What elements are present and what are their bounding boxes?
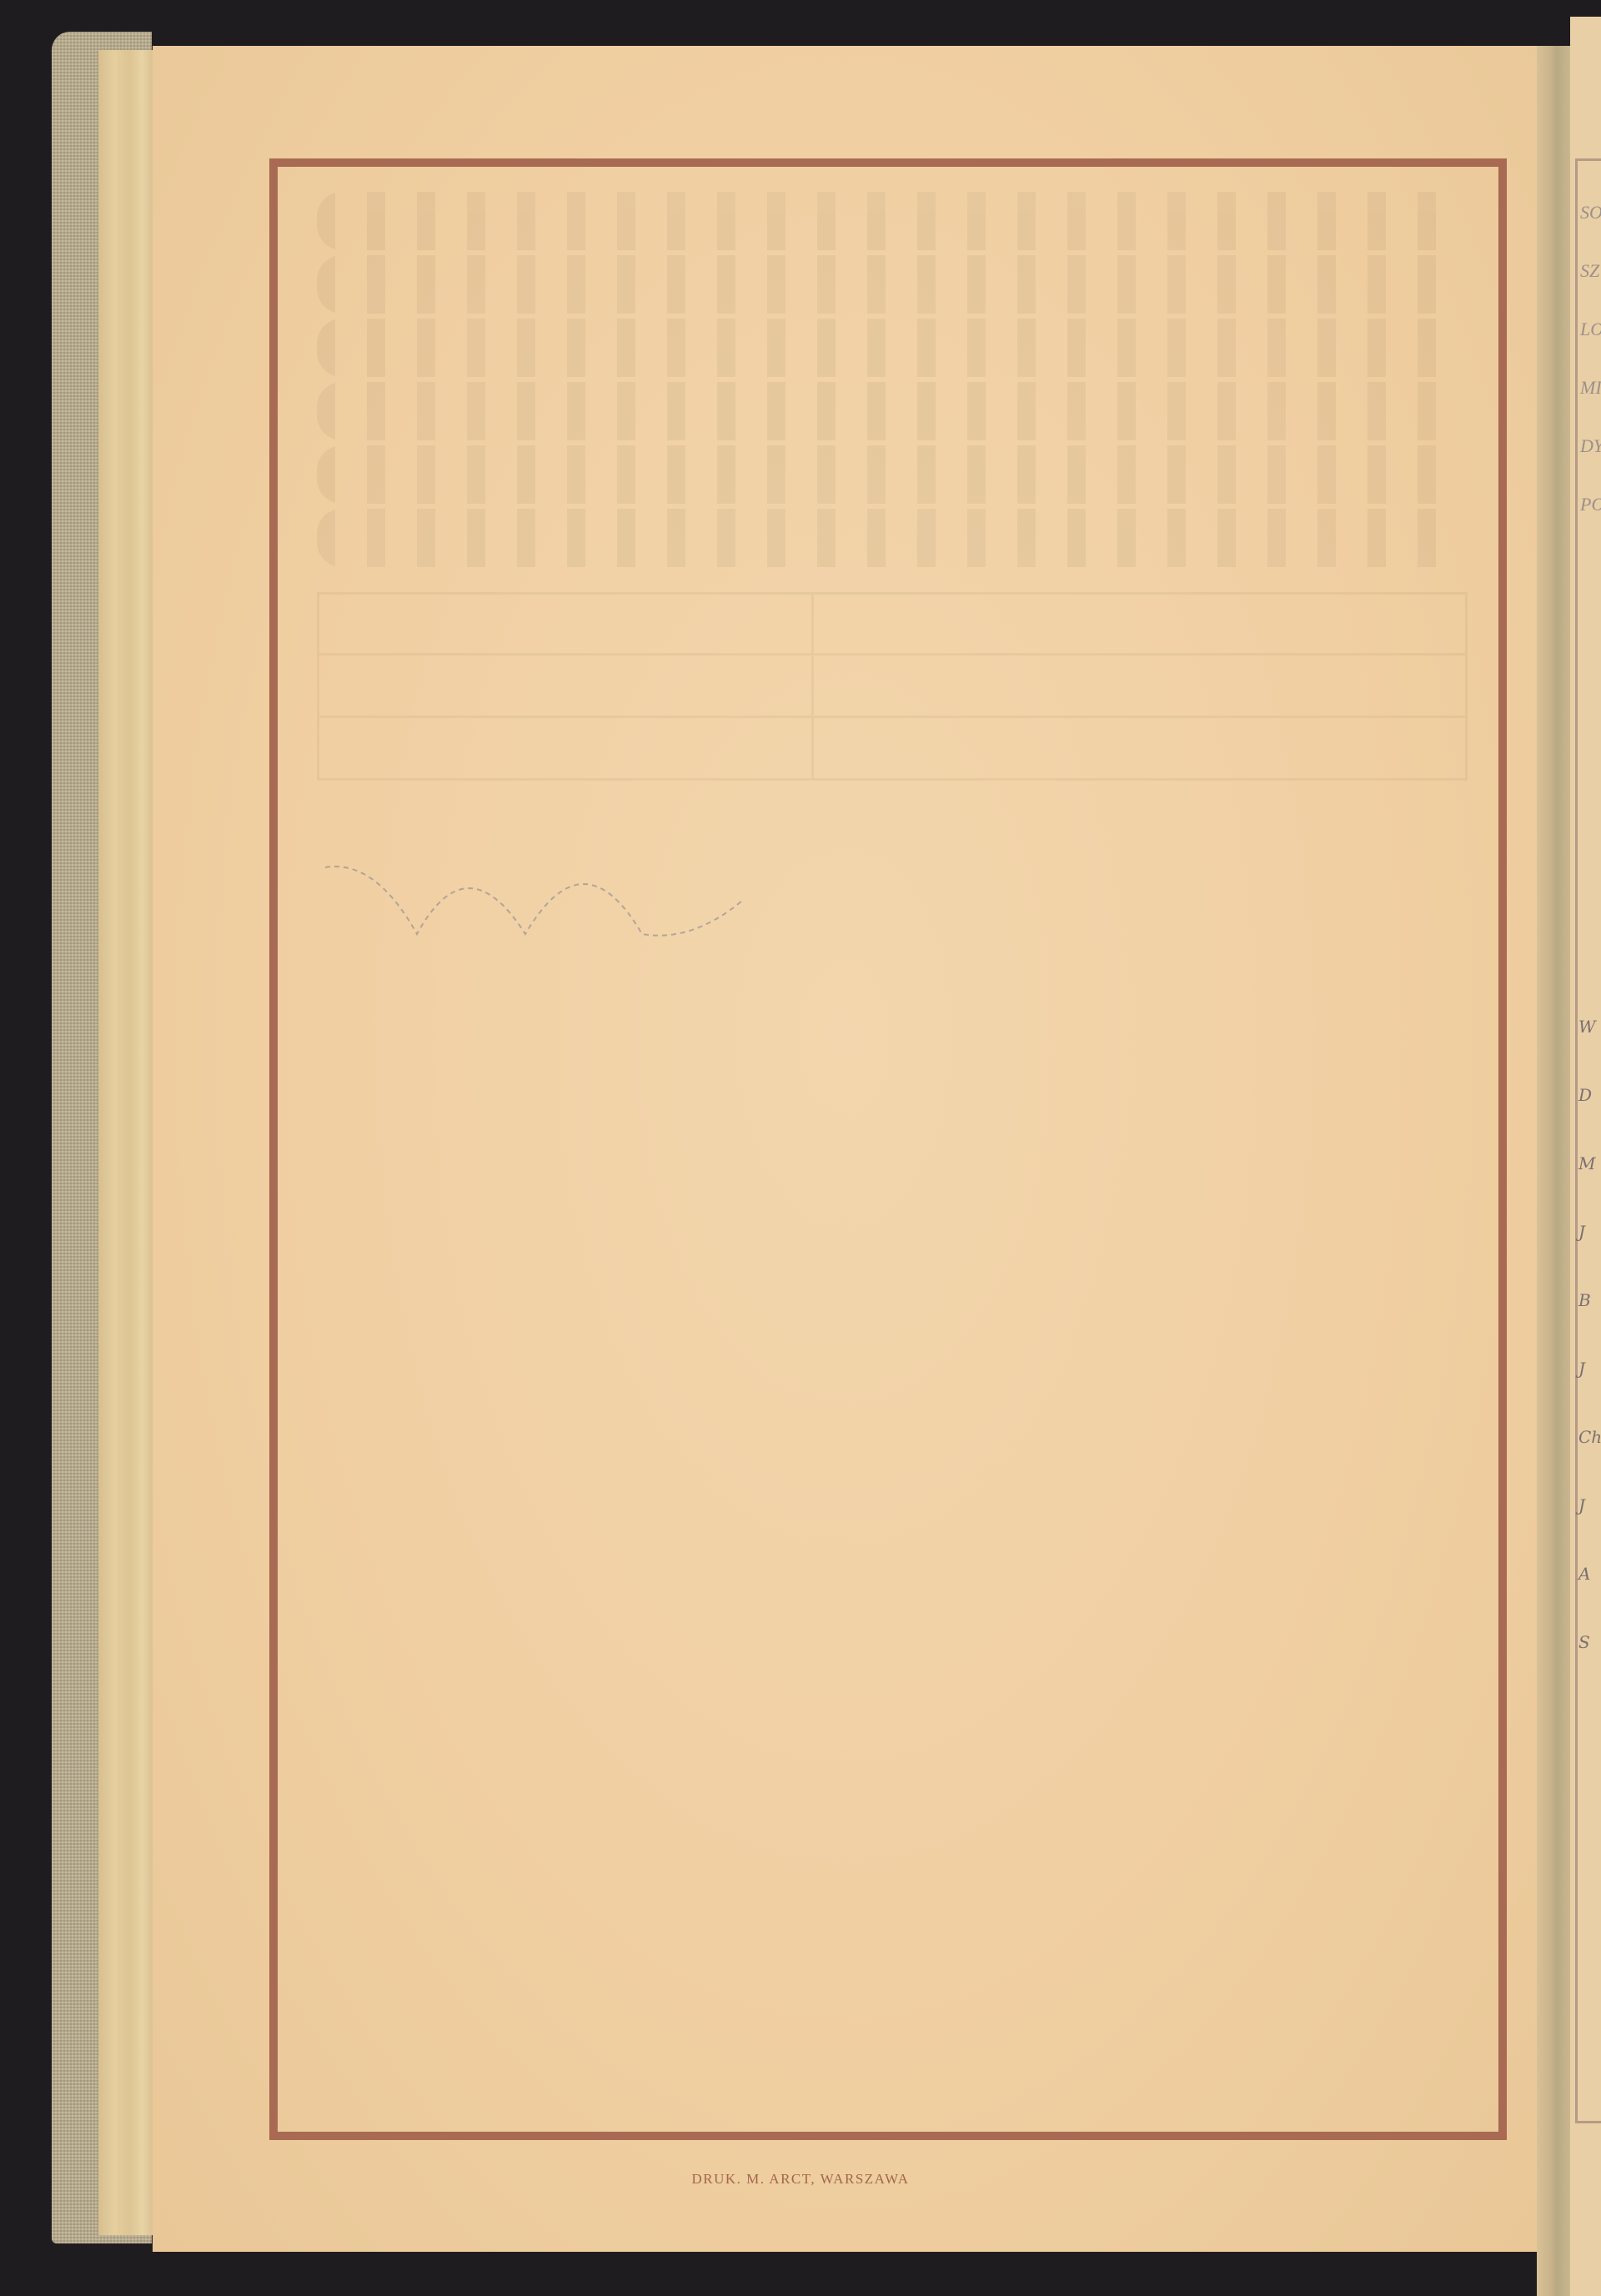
page-edge-stack — [98, 50, 153, 2235]
adjacent-page-handwriting: W D M J B J Ch J A S — [1578, 992, 1601, 1676]
adjacent-page-letters: SO SZ LO MI DY PO — [1580, 183, 1601, 534]
scan-background: DRUK. M. ARCT, WARSZAWA SO SZ LO MI DY P… — [0, 0, 1601, 2296]
decorative-page-frame — [269, 158, 1507, 2140]
adjacent-page: SO SZ LO MI DY PO W D M J B J Ch J A S — [1570, 17, 1601, 2296]
book-gutter — [1537, 46, 1570, 2296]
printer-imprint: DRUK. M. ARCT, WARSZAWA — [0, 2171, 1601, 2188]
